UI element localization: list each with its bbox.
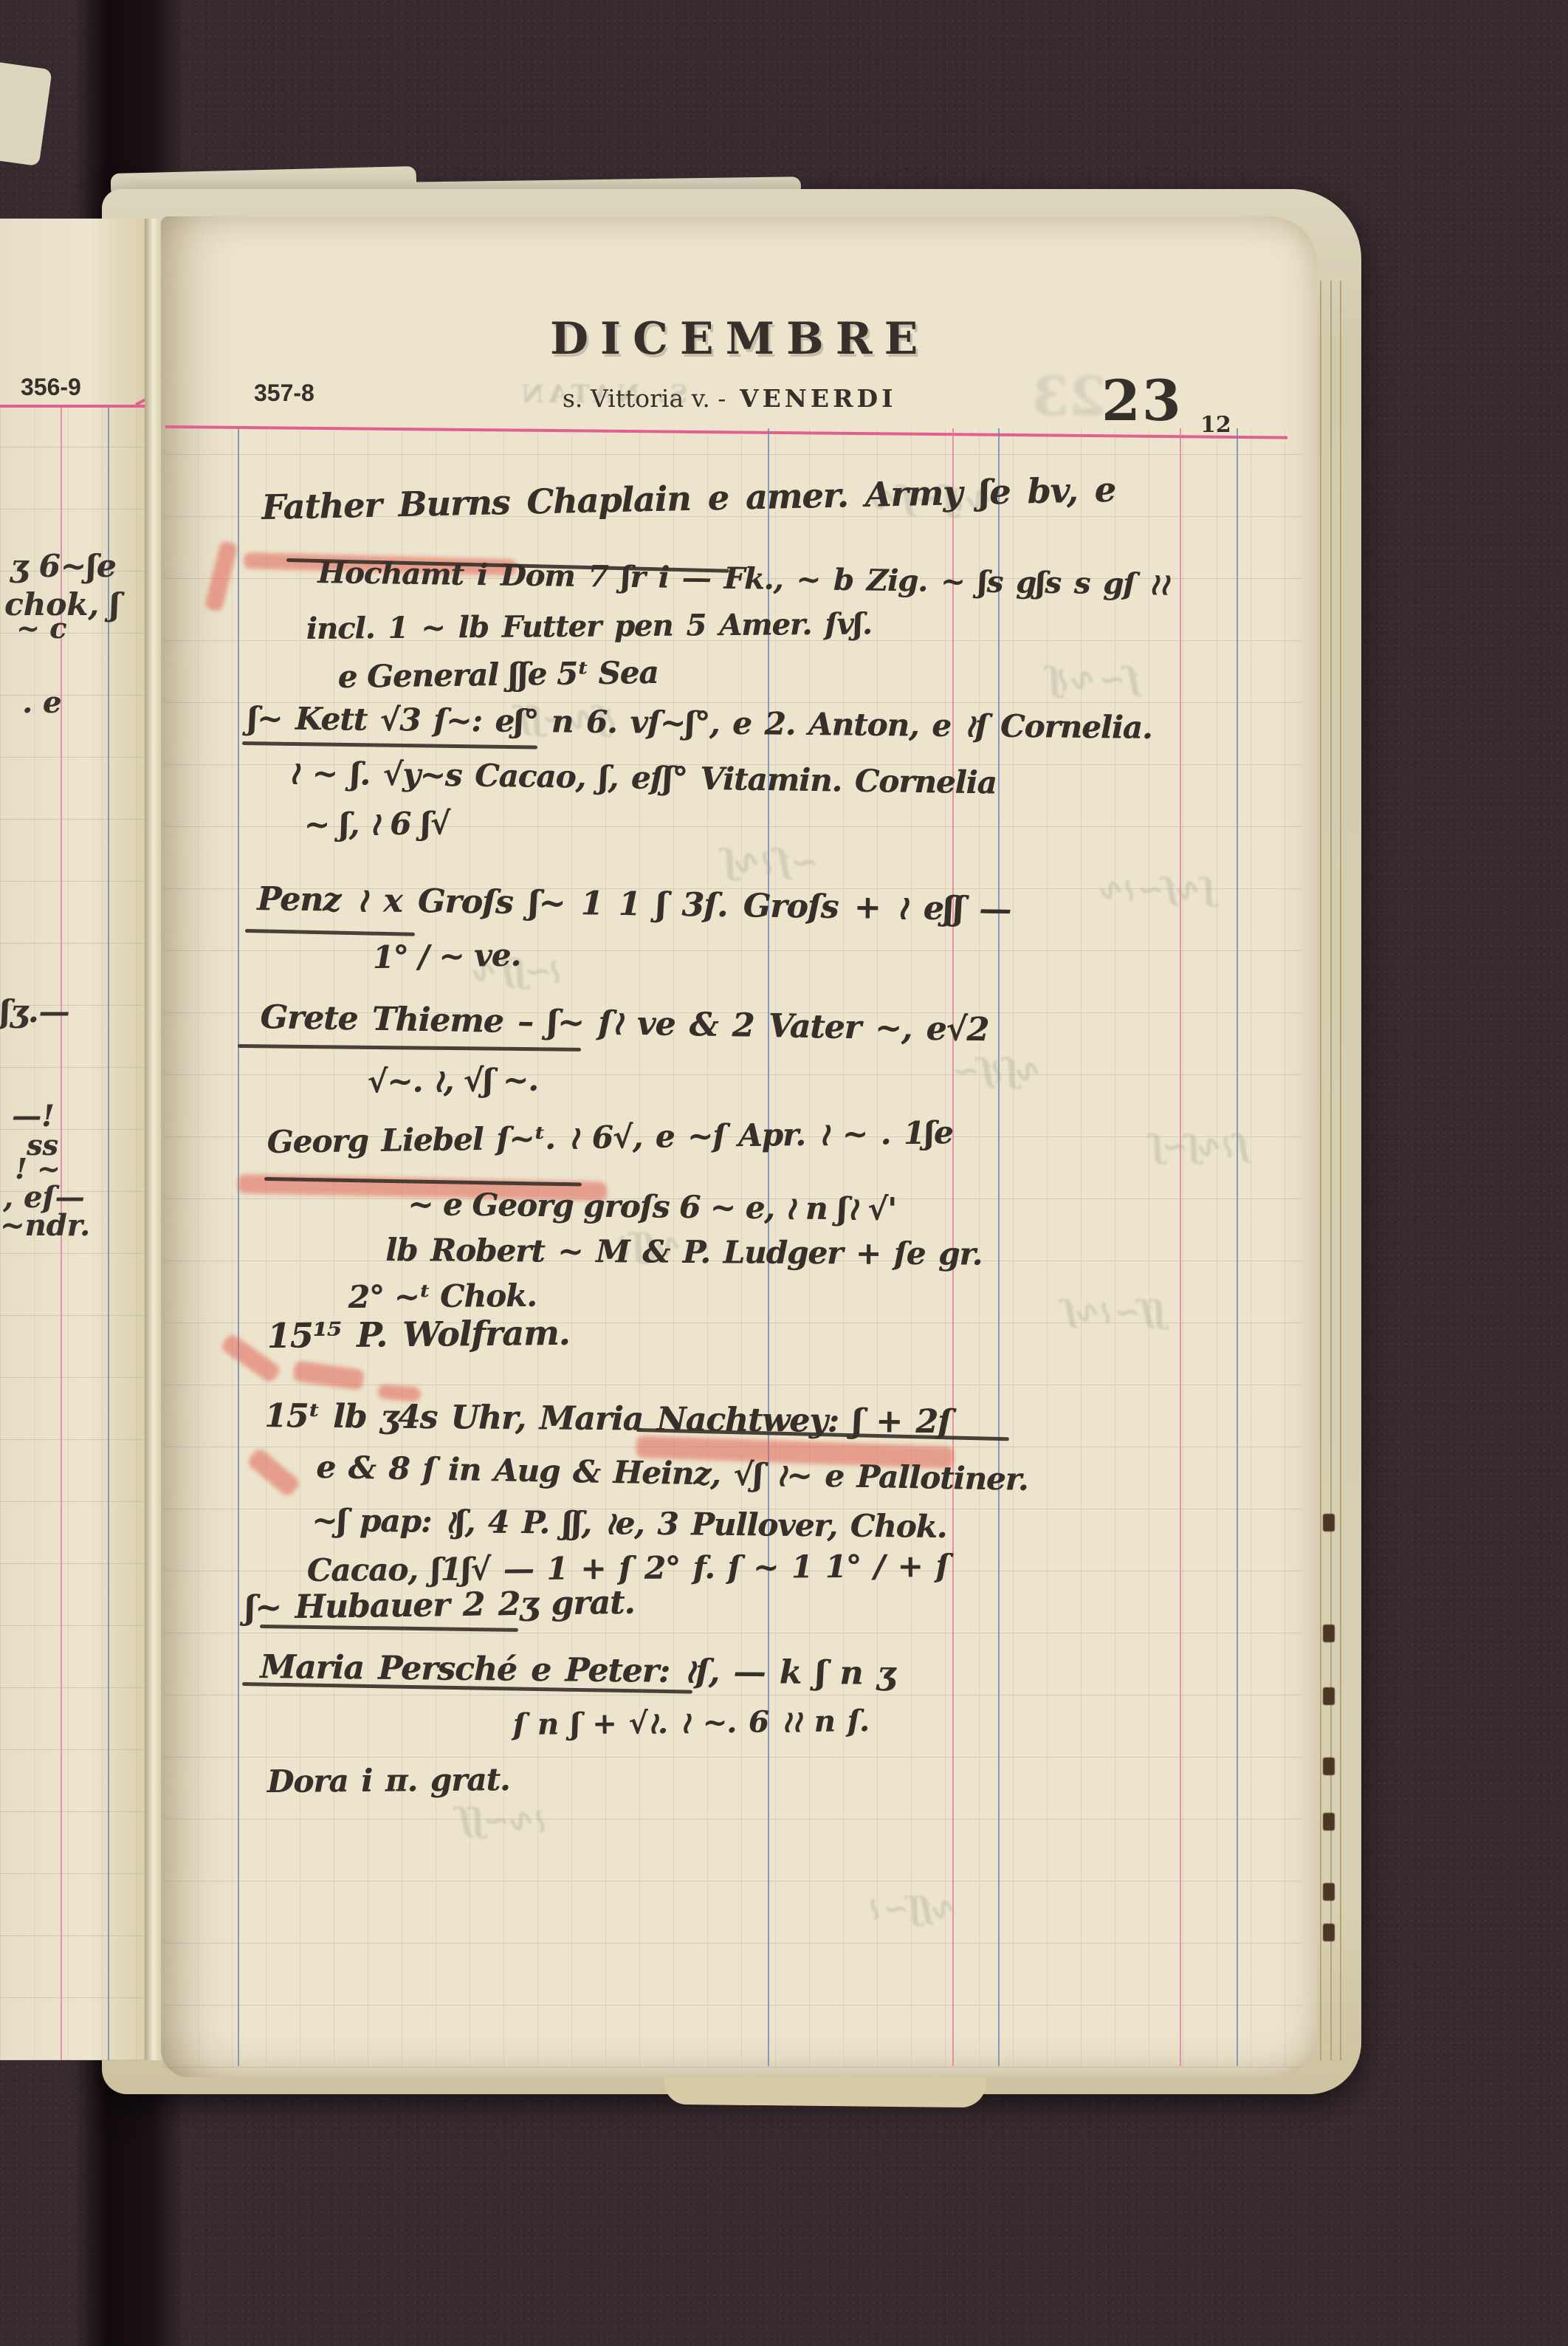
fore-edge-line bbox=[1330, 281, 1332, 2060]
page-number: 357-8 bbox=[254, 380, 314, 407]
diary-entry-line: ʃ~ Hubauer 2 2ʒ grat. bbox=[244, 1584, 635, 1627]
show-through-ink: ∿ſʃ~≀ bbox=[871, 1890, 958, 1927]
week-number: 12 bbox=[1200, 412, 1231, 438]
verso-fragment: . e bbox=[22, 685, 61, 720]
fore-edge-tab bbox=[1323, 1687, 1335, 1705]
fore-edge-tab bbox=[1323, 1514, 1335, 1532]
weekday-label: VENERDI bbox=[740, 384, 897, 413]
diary-entry-line: 15ᵗ lb ʒ4s Uhr, Maria Nachtwey: ʃ + 2ſ bbox=[264, 1397, 951, 1441]
show-through-ink: ſ~∿≀ʃ bbox=[1048, 661, 1140, 699]
diary-entry-line: ~ e Georg groſs 6 ~ e, ≀ n ʃ≀ √' bbox=[408, 1186, 896, 1227]
diary-entry-line: incl. 1 ~ lb Futter pen 5 Amer. ſvʃ. bbox=[306, 606, 872, 646]
margin-column-blue bbox=[238, 428, 239, 2066]
diary-entry-line: 1° / ~ ve. bbox=[372, 937, 520, 975]
show-through-ink: ʃſ~≀∿ſ bbox=[1063, 1294, 1163, 1330]
diary-scan: 356-9 ʒ 6~ʃe chok, ʃ ~ c . e ʃʒ.— —! ss … bbox=[0, 0, 1568, 2346]
diary-entry-line: ~ʃ pap: ≀ʃ, 4 P. ʃʃ, ≀e, 3 Pullover, Cho… bbox=[312, 1502, 947, 1545]
left-header-rule bbox=[0, 405, 145, 408]
verso-fragment: ʃʒ.— bbox=[0, 993, 69, 1029]
fore-edge-tab bbox=[1323, 1757, 1335, 1775]
column-pink bbox=[1180, 428, 1181, 2066]
show-through-ink: ∿ʃ≀ſ~ bbox=[952, 1052, 1044, 1090]
show-through-ink: ~ſ≀∿ʃ bbox=[723, 842, 819, 882]
diary-entry-line: √~. ≀, √ʃ ~. bbox=[367, 1062, 537, 1100]
show-through-ink: ʃ∿ſ~≀∿ bbox=[1100, 871, 1213, 908]
show-through-day-number: 23 bbox=[1032, 365, 1106, 428]
saint-of-day: s. Vittoria v. - bbox=[563, 384, 726, 413]
show-through-ink: ≀∿~ʃſ bbox=[458, 1802, 549, 1839]
diary-entry-line: e General ʃʃe 5ᵗ Sea bbox=[337, 654, 659, 695]
diary-entry-line: Maria Persché e Peter: ≀ſ, — k ʃ n ʒ bbox=[260, 1648, 895, 1692]
diary-entry-line: ~ ʃ, ≀ 6 ʃ√ bbox=[304, 805, 450, 843]
diary-entry-line: ſ n ʃ + √≀. ≀ ~. 6 ≀≀ n ſ. bbox=[513, 1704, 869, 1742]
fore-edge-tab bbox=[1323, 1813, 1335, 1831]
diary-entry-line: lb Robert ~ M & P. Ludger + ſe gr. bbox=[385, 1232, 983, 1272]
fore-edge-tab bbox=[1323, 1924, 1335, 1941]
left-blue-column bbox=[108, 408, 109, 2060]
show-through-ink: ſ≀∿ʃ~ʃ bbox=[1152, 1128, 1249, 1165]
month-title: DICEMBRE bbox=[550, 313, 929, 365]
diary-entry-line: Cacao, ʃ1ʃ√ — 1 + ſ 2° f. ſ ~ 1 1° / + ſ bbox=[307, 1548, 949, 1588]
fore-edge-tab bbox=[1323, 1883, 1335, 1901]
diary-entry-line: 2° ~ᵗ Chok. bbox=[348, 1277, 537, 1315]
fore-edge-tab bbox=[1323, 1625, 1335, 1642]
diary-entry-line: Dora i π. grat. bbox=[267, 1761, 510, 1800]
day-number: 23 bbox=[1101, 368, 1183, 433]
column-blue bbox=[1237, 428, 1238, 2066]
left-page-number: 356-9 bbox=[21, 374, 81, 401]
column-blue bbox=[998, 428, 1000, 2066]
verso-fragment: ~ c bbox=[16, 611, 66, 645]
fore-edge-line bbox=[1320, 281, 1321, 2060]
fore-edge-line bbox=[1340, 281, 1341, 2060]
diary-entry-line: 15¹⁵ P. Wolfram. bbox=[267, 1313, 569, 1356]
verso-fragment: ~ndr. bbox=[0, 1208, 90, 1243]
verso-fragment: ʒ 6~ʃe bbox=[10, 548, 117, 584]
